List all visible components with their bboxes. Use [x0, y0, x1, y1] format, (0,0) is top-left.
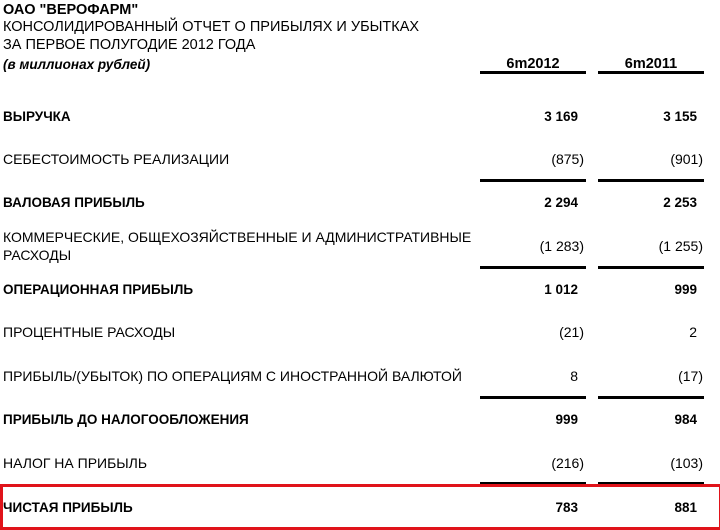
subtotal-rule: [480, 396, 586, 399]
header-rule: [598, 71, 704, 74]
report-title-line1: КОНСОЛИДИРОВАННЫЙ ОТЧЕТ О ПРИБЫЛЯХ И УБЫ…: [3, 18, 419, 36]
report-title-line2: ЗА ПЕРВОЕ ПОЛУГОДИЕ 2012 ГОДА: [3, 36, 255, 54]
value-6m2012: (216): [484, 454, 584, 473]
value-6m2011: 984: [597, 410, 697, 429]
value-6m2012: (1 283): [484, 237, 584, 256]
row-label: СЕБЕСТОИМОСТЬ РЕАЛИЗАЦИИ: [3, 150, 229, 169]
column-header-6m2012: 6m2012: [480, 56, 586, 72]
row-label-line2: РАСХОДЫ: [3, 246, 71, 265]
value-6m2011: (103): [603, 454, 703, 473]
row-label: ПРОЦЕНТНЫЕ РАСХОДЫ: [3, 323, 175, 342]
row-label: ОПЕРАЦИОННАЯ ПРИБЫЛЬ: [3, 280, 193, 299]
value-6m2012: 8: [478, 367, 578, 386]
value-6m2012: 1 012: [478, 280, 578, 299]
subtotal-rule: [598, 266, 704, 269]
value-6m2012: 783: [478, 498, 578, 517]
row-label: ЧИСТАЯ ПРИБЫЛЬ: [3, 498, 133, 517]
subtotal-rule: [598, 179, 704, 182]
header-rule: [480, 71, 586, 74]
value-6m2011: (1 255): [603, 237, 703, 256]
value-6m2012: 999: [478, 410, 578, 429]
row-label: ВАЛОВАЯ ПРИБЫЛЬ: [3, 193, 145, 212]
value-6m2012: (875): [484, 150, 584, 169]
value-6m2011: (17): [603, 367, 703, 386]
value-6m2011: 881: [597, 498, 697, 517]
company-name: ОАО "ВЕРОФАРМ": [3, 1, 138, 19]
value-6m2011: 3 155: [597, 107, 697, 126]
value-6m2011: (901): [603, 150, 703, 169]
row-label: ПРИБЫЛЬ/(УБЫТОК) ПО ОПЕРАЦИЯМ С ИНОСТРАН…: [3, 367, 462, 386]
row-label: ВЫРУЧКА: [3, 107, 71, 126]
units-note: (в миллионах рублей): [3, 56, 150, 74]
row-label: ПРИБЫЛЬ ДО НАЛОГООБЛОЖЕНИЯ: [3, 410, 249, 429]
subtotal-rule: [598, 396, 704, 399]
row-label-line1: КОММЕРЧЕСКИЕ, ОБЩЕХОЗЯЙСТВЕННЫЕ И АДМИНИ…: [3, 228, 471, 247]
value-6m2012: (21): [484, 323, 584, 342]
subtotal-rule: [480, 179, 586, 182]
row-label: НАЛОГ НА ПРИБЫЛЬ: [3, 454, 147, 473]
value-6m2012: 2 294: [478, 193, 578, 212]
column-header-6m2011: 6m2011: [598, 56, 704, 72]
value-6m2012: 3 169: [478, 107, 578, 126]
subtotal-rule: [480, 266, 586, 269]
value-6m2011: 2: [597, 323, 697, 342]
value-6m2011: 2 253: [597, 193, 697, 212]
value-6m2011: 999: [597, 280, 697, 299]
